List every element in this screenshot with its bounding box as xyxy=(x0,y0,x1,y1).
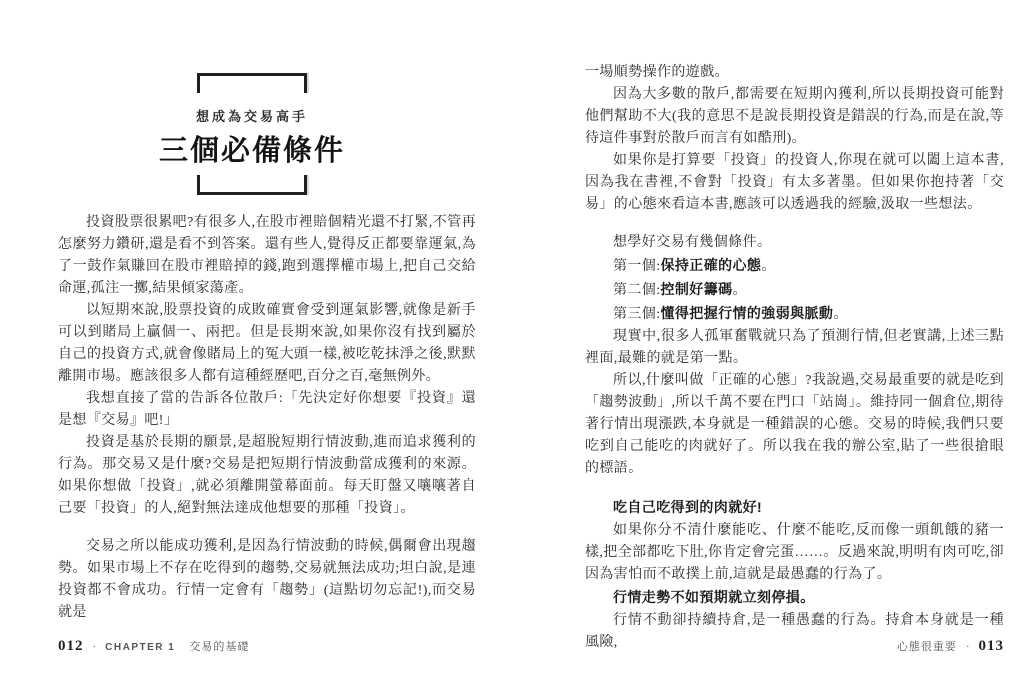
body-text: 交易之所以能成功獲利,是因為行情波動的時候,偶爾會出現趨勢。如果市場上不存在吃得… xyxy=(58,539,476,620)
chapter-title-block: 想成為交易高手 三個必備條件 xyxy=(58,73,446,195)
title-eyebrow: 想成為交易高手 xyxy=(58,106,446,125)
body-text: 第二個: xyxy=(613,283,661,298)
right-page: 一場順勢操作的遊戲。因為大多數的散戶,都需要在短期內獲利,所以長期投資可能對他們… xyxy=(585,0,1004,693)
body-text: 我想直接了當的告訴各位散戶:「先決定好你想要『投資』還是想『交易』吧!」 xyxy=(58,391,476,428)
body-text: 。 xyxy=(761,259,775,274)
title-frame-bottom xyxy=(197,175,307,195)
body-text: 以短期來說,股票投資的成敗確實會受到運氣影響,就像是新手可以到賭局上贏個一、兩把… xyxy=(58,303,476,384)
right-page-body: 一場順勢操作的遊戲。因為大多數的散戶,都需要在短期內獲利,所以長期投資可能對他們… xyxy=(585,62,1004,654)
paragraph: 第三個:懂得把握行情的強弱與脈動。 xyxy=(585,302,1004,326)
paragraph: 第二個:控制好籌碼。 xyxy=(585,278,1004,302)
footer-separator: · xyxy=(966,641,970,653)
left-page: 想成為交易高手 三個必備條件 投資股票很累吧?有很多人,在股市裡賠個精光還不打緊… xyxy=(58,0,476,693)
body-text: 。 xyxy=(833,307,847,322)
right-page-footer: 心態很重要 · 013 xyxy=(585,637,1004,655)
emphasis-text: 吃自己吃得到的肉就好! xyxy=(613,499,762,515)
chapter-label: CHAPTER 1 xyxy=(105,642,175,653)
body-text: 第三個: xyxy=(613,307,661,322)
left-page-footer: 012 · CHAPTER 1 交易的基礎 xyxy=(58,637,476,655)
body-text: 如果你是打算要「投資」的投資人,你現在就可以闔上這本書,因為我在書裡,不會對「投… xyxy=(585,153,1004,212)
body-text: 一場順勢操作的遊戲。 xyxy=(585,65,729,80)
emphasis-text: 行情走勢不如預期就立刻停損。 xyxy=(613,589,815,605)
title-frame-top xyxy=(197,73,307,93)
body-text: 投資是基於長期的願景,是超脫短期行情波動,進而追求獲利的行為。那交易又是什麼?交… xyxy=(58,435,476,516)
right-page-number: 013 xyxy=(979,638,1005,654)
book-spread: 想成為交易高手 三個必備條件 投資股票很累吧?有很多人,在股市裡賠個精光還不打緊… xyxy=(0,0,1024,693)
footer-separator: · xyxy=(93,641,97,653)
body-text: 第一個: xyxy=(613,259,661,274)
left-page-body: 投資股票很累吧?有很多人,在股市裡賠個精光還不打緊,不管再怎麼努力鑽研,還是看不… xyxy=(58,212,476,624)
paragraph: 現實中,很多人孤軍奮戰就只為了預測行情,但老實講,上述三點裡面,最難的就是第一點… xyxy=(585,326,1004,370)
page-title: 三個必備條件 xyxy=(58,128,446,169)
paragraph: 行情走勢不如預期就立刻停損。 xyxy=(585,586,1004,610)
paragraph: 如果你分不清什麼能吃、什麼不能吃,反而像一頭飢餓的豬一樣,把全部都吃下肚,你肯定… xyxy=(585,520,1004,586)
paragraph: 所以,什麼叫做「正確的心態」?我說過,交易最重要的就是吃到「趨勢波動」,所以千萬… xyxy=(585,370,1004,480)
section-label: 心態很重要 xyxy=(897,641,957,653)
emphasis-text: 懂得把握行情的強弱與脈動 xyxy=(661,305,834,321)
paragraph: 吃自己吃得到的肉就好! xyxy=(585,496,1004,520)
paragraph: 第一個:保持正確的心態。 xyxy=(585,254,1004,278)
paragraph: 交易之所以能成功獲利,是因為行情波動的時候,偶爾會出現趨勢。如果市場上不存在吃得… xyxy=(58,536,476,624)
emphasis-text: 保持正確的心態 xyxy=(661,257,762,273)
emphasis-text: 控制好籌碼 xyxy=(661,281,733,297)
paragraph: 投資股票很累吧?有很多人,在股市裡賠個精光還不打緊,不管再怎麼努力鑽研,還是看不… xyxy=(58,212,476,300)
paragraph: 投資是基於長期的願景,是超脫短期行情波動,進而追求獲利的行為。那交易又是什麼?交… xyxy=(58,432,476,520)
body-text: 投資股票很累吧?有很多人,在股市裡賠個精光還不打緊,不管再怎麼努力鑽研,還是看不… xyxy=(58,215,476,296)
paragraph: 因為大多數的散戶,都需要在短期內獲利,所以長期投資可能對他們幫助不大(我的意思不… xyxy=(585,84,1004,150)
paragraph: 以短期來說,股票投資的成敗確實會受到運氣影響,就像是新手可以到賭局上贏個一、兩把… xyxy=(58,300,476,388)
body-text: 所以,什麼叫做「正確的心態」?我說過,交易最重要的就是吃到「趨勢波動」,所以千萬… xyxy=(585,373,1004,476)
paragraph: 我想直接了當的告訴各位散戶:「先決定好你想要『投資』還是想『交易』吧!」 xyxy=(58,388,476,432)
body-text: 因為大多數的散戶,都需要在短期內獲利,所以長期投資可能對他們幫助不大(我的意思不… xyxy=(585,87,1004,146)
paragraph: 想學好交易有幾個條件。 xyxy=(585,232,1004,254)
chapter-section-label: 交易的基礎 xyxy=(189,641,249,653)
paragraph: 如果你是打算要「投資」的投資人,你現在就可以闔上這本書,因為我在書裡,不會對「投… xyxy=(585,150,1004,216)
body-text: 現實中,很多人孤軍奮戰就只為了預測行情,但老實講,上述三點裡面,最難的就是第一點… xyxy=(585,329,1004,366)
body-text: 。 xyxy=(733,283,747,298)
body-text: 如果你分不清什麼能吃、什麼不能吃,反而像一頭飢餓的豬一樣,把全部都吃下肚,你肯定… xyxy=(585,523,1004,582)
left-page-number: 012 xyxy=(58,638,84,654)
body-text: 想學好交易有幾個條件。 xyxy=(613,235,771,250)
paragraph: 一場順勢操作的遊戲。 xyxy=(585,62,1004,84)
